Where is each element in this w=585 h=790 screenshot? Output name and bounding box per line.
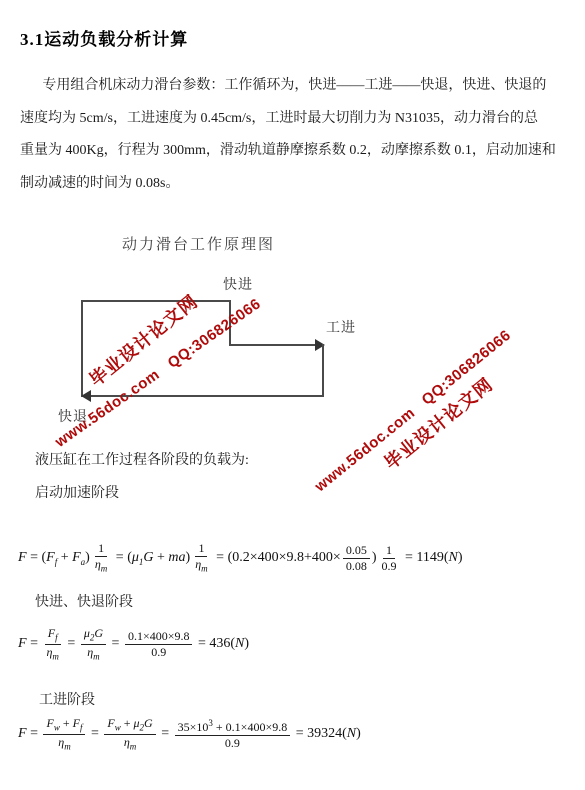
section-heading: 3.1运动负载分析计算 [20, 25, 188, 50]
stage-rapid-heading: 快进、快退阶段 [35, 591, 133, 611]
label-work-feed: 工进 [326, 317, 356, 337]
watermark-contact-right: www.56doc.com QQ:306826066 [312, 327, 515, 496]
stage-accel-heading: 启动加速阶段 [35, 482, 119, 502]
arrow-left-icon [81, 390, 91, 402]
diagram-title: 动力滑台工作原理图 [122, 233, 275, 254]
diagram-line-drop2 [322, 344, 324, 397]
diagram-line-top [81, 300, 231, 302]
formula-accel: F = (Ff + Fa)1ηm = (μ1G + ma)1ηm = (0.2×… [18, 534, 463, 582]
diagram-line-left [81, 300, 83, 397]
paragraph-line: 速度均为 5cm/s，工进速度为 0.45cm/s，工进时最大切削力为 N310… [20, 103, 572, 136]
paragraph-line: 重量为 400Kg，行程为 300mm，滑动轨道静摩擦系数 0.2，动摩擦系数 … [20, 135, 572, 168]
document-page: { "document": { "heading": "3.1运动负载分析计算"… [0, 0, 585, 790]
paragraph-line: 制动减速的时间为 0.08s。 [20, 168, 572, 201]
formula-rapid: F = Ffηm = μ2Gηm = 0.1×400×9.80.9 = 436(… [18, 620, 249, 668]
load-intro: 液压缸在工作过程各阶段的负载为: [35, 449, 249, 469]
formula-feed: F = Fw + Ffηm = Fw + μ2Gηm = 35×103 + 0.… [18, 710, 361, 758]
paragraph-line: 专用组合机床动力滑台参数：工作循环为，快进——工进——快退，快进、快退的 [20, 70, 572, 103]
stage-feed-heading: 工进阶段 [39, 689, 95, 709]
label-fast-forward: 快进 [223, 274, 253, 294]
diagram-line-feed [229, 344, 317, 346]
body-paragraph: 专用组合机床动力滑台参数：工作循环为，快进——工进——快退，快进、快退的 速度均… [20, 70, 572, 200]
